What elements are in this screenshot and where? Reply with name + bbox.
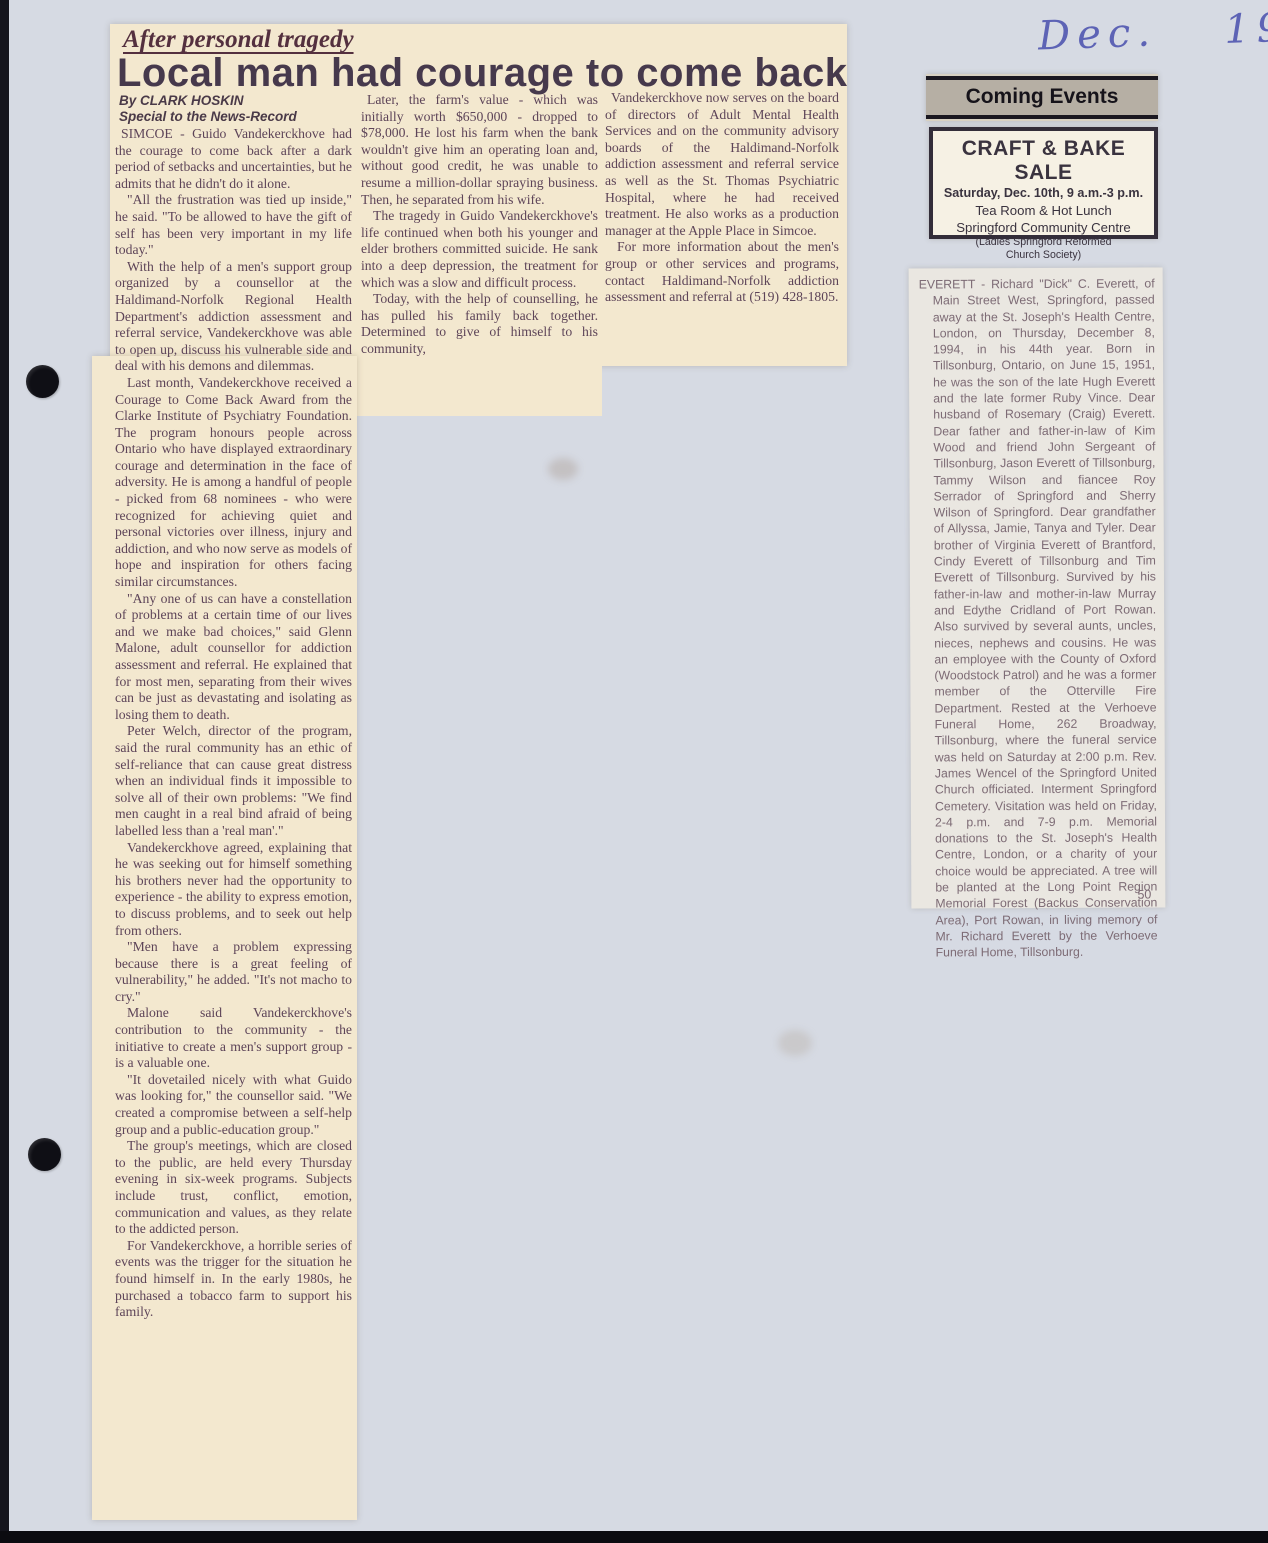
obituary-clipping: EVERETT - Richard "Dick" C. Everett, of … — [909, 267, 1166, 908]
scan-left-edge — [0, 0, 9, 1543]
obituary-text: EVERETT - Richard "Dick" C. Everett, of … — [909, 267, 1166, 967]
paragraph: Later, the farm's value - which was init… — [361, 92, 598, 208]
paragraph: "It dovetailed nicely with what Guido wa… — [115, 1072, 352, 1138]
stain — [778, 1030, 812, 1056]
punch-hole-bottom — [28, 1138, 61, 1171]
article-column-1: SIMCOE - Guido Vandekerckhove had the co… — [115, 126, 352, 1321]
paragraph: Last month, Vandekerckhove received a Co… — [115, 375, 352, 591]
paragraph: Today, with the help of counselling, he … — [361, 291, 598, 357]
article-column-3: Vandekerckhove now serves on the board o… — [605, 90, 839, 306]
paragraph: Vandekerckhove now serves on the board o… — [605, 90, 839, 239]
paragraph: "Men have a problem expressing because t… — [115, 939, 352, 1005]
coming-events-title: Coming Events — [966, 85, 1119, 108]
paragraph: Peter Welch, director of the program, sa… — [115, 723, 352, 839]
article-clipping-col2-extension — [350, 356, 602, 416]
paragraph: Vandekerckhove agreed, explaining that h… — [115, 840, 352, 940]
article-byline: By CLARK HOSKIN — [119, 93, 244, 109]
stain — [548, 458, 578, 480]
scan-bottom-edge — [0, 1531, 1268, 1543]
handwritten-month: Dec. — [1037, 9, 1157, 59]
article-byline-secondary: Special to the News-Record — [119, 109, 297, 125]
paragraph: Malone said Vandekerckhove's contributio… — [115, 1005, 352, 1071]
paragraph: The tragedy in Guido Vandekerckhove's li… — [361, 208, 598, 291]
paragraph: "All the frustration was tied up inside,… — [115, 192, 352, 258]
craft-sale-line2: Springford Community Centre — [937, 219, 1150, 236]
paragraph: For Vandekerckhove, a horrible series of… — [115, 1238, 352, 1321]
paragraph: For more information about the men's gro… — [605, 239, 839, 305]
obituary-paragraph: EVERETT - Richard "Dick" C. Everett, of … — [919, 275, 1158, 960]
paragraph: With the help of a men's support group o… — [115, 259, 352, 375]
article-kicker: After personal tragedy — [123, 26, 354, 54]
paragraph: SIMCOE - Guido Vandekerckhove had the co… — [115, 126, 352, 192]
paragraph: The group's meetings, which are closed t… — [115, 1138, 352, 1238]
article-column-2: Later, the farm's value - which was init… — [361, 92, 598, 358]
scrapbook-page: After personal tragedy Local man had cou… — [0, 0, 1268, 1543]
handwritten-year: 1994 — [1223, 2, 1268, 53]
punch-hole-top — [26, 365, 59, 398]
craft-sale-datetime: Saturday, Dec. 10th, 9 a.m.-3 p.m. — [937, 185, 1150, 202]
craft-sale-society-line2: Church Society) — [937, 249, 1150, 262]
craft-sale-title: CRAFT & BAKE SALE — [937, 137, 1150, 185]
handwritten-date: Dec. 1994 — [1037, 2, 1268, 59]
craft-sale-society-line1: (Ladies Springford Reformed — [937, 236, 1150, 249]
craft-sale-ad: CRAFT & BAKE SALE Saturday, Dec. 10th, 9… — [929, 127, 1158, 239]
obituary-code: 50 — [1137, 888, 1151, 902]
craft-sale-line1: Tea Room & Hot Lunch — [937, 202, 1150, 219]
coming-events-band: Coming Events — [926, 76, 1158, 119]
coming-events-clipping: Coming Events — [926, 74, 1158, 121]
paragraph: "Any one of us can have a constellation … — [115, 591, 352, 724]
